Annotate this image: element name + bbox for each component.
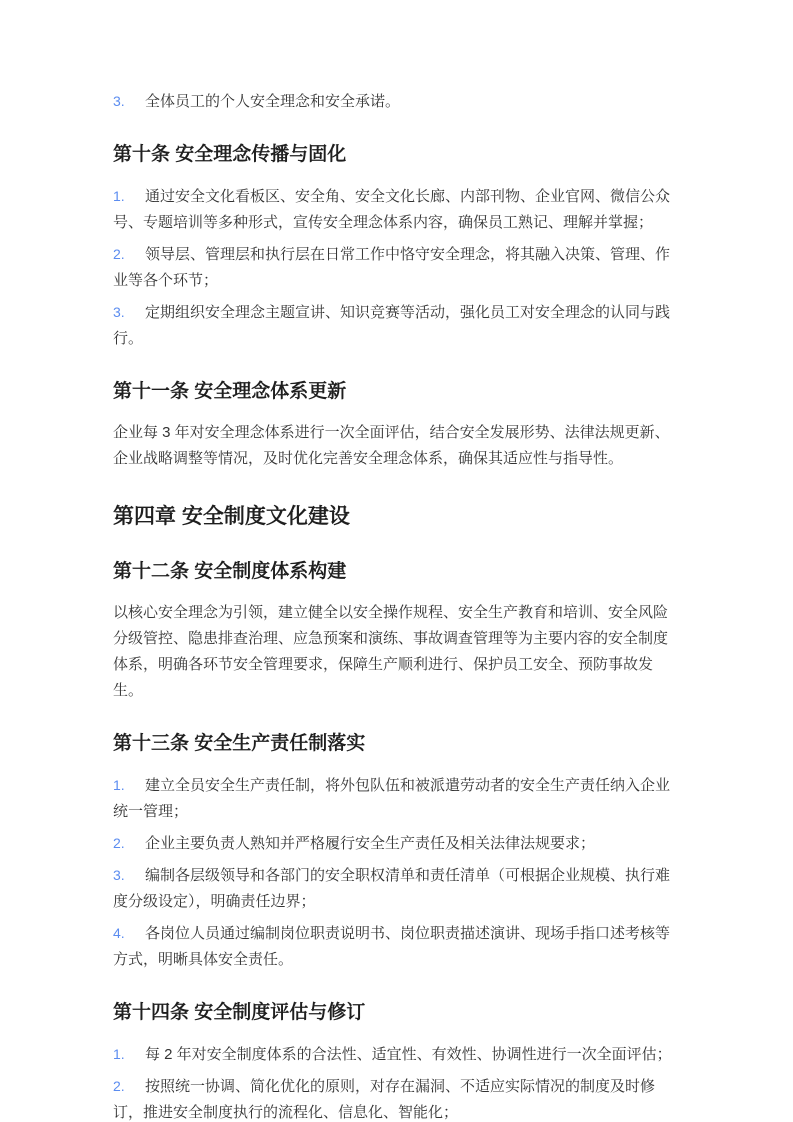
list-item-number: 4. xyxy=(113,920,145,946)
list-item-text: 企业主要负责人熟知并严格履行安全生产责任及相关法律法规要求； xyxy=(145,835,595,852)
paragraph: 以核心安全理念为引领，建立健全以安全操作规程、安全生产教育和培训、安全风险分级管… xyxy=(113,600,675,704)
chapter-heading: 第四章 安全制度文化建设 xyxy=(113,502,675,532)
list-item: 3.全体员工的个人安全理念和安全承诺。 xyxy=(113,88,675,115)
list-item-number: 3. xyxy=(113,88,145,114)
ordered-list: 1.建立全员安全生产责任制，将外包队伍和被派遣劳动者的安全生产责任纳入企业统一管… xyxy=(113,772,675,973)
list-item: 2.领导层、管理层和执行层在日常工作中恪守安全理念，将其融入决策、管理、作业等各… xyxy=(113,241,675,294)
list-item-number: 1. xyxy=(113,772,145,798)
list-item-text: 编制各层级领导和各部门的安全职权清单和责任清单（可根据企业规模、执行难度分级设定… xyxy=(113,867,670,910)
article-heading: 第十四条 安全制度评估与修订 xyxy=(113,999,675,1026)
list-item-text: 建立全员安全生产责任制，将外包队伍和被派遣劳动者的安全生产责任纳入企业统一管理； xyxy=(113,777,670,820)
list-item: 2.按照统一协调、简化优化的原则，对存在漏洞、不适应实际情况的制度及时修订，推进… xyxy=(113,1073,675,1122)
list-item-number: 1. xyxy=(113,1041,145,1067)
ordered-list: 3.全体员工的个人安全理念和安全承诺。 xyxy=(113,88,675,115)
list-item-number: 3. xyxy=(113,299,145,325)
list-item: 2.企业主要负责人熟知并严格履行安全生产责任及相关法律法规要求； xyxy=(113,830,675,857)
ordered-list: 1.每 2 年对安全制度体系的合法性、适宜性、有效性、协调性进行一次全面评估；2… xyxy=(113,1041,675,1122)
list-item-number: 2. xyxy=(113,241,145,267)
list-item-text: 全体员工的个人安全理念和安全承诺。 xyxy=(145,93,400,110)
article-heading: 第十条 安全理念传播与固化 xyxy=(113,141,675,168)
list-item: 1.每 2 年对安全制度体系的合法性、适宜性、有效性、协调性进行一次全面评估； xyxy=(113,1041,675,1068)
list-item: 3.编制各层级领导和各部门的安全职权清单和责任清单（可根据企业规模、执行难度分级… xyxy=(113,862,675,915)
list-item-number: 3. xyxy=(113,862,145,888)
list-item-text: 按照统一协调、简化优化的原则，对存在漏洞、不适应实际情况的制度及时修订，推进安全… xyxy=(113,1078,655,1121)
list-item: 1.建立全员安全生产责任制，将外包队伍和被派遣劳动者的安全生产责任纳入企业统一管… xyxy=(113,772,675,825)
ordered-list: 1.通过安全文化看板区、安全角、安全文化长廊、内部刊物、企业官网、微信公众号、专… xyxy=(113,183,675,352)
list-item-text: 各岗位人员通过编制岗位职责说明书、岗位职责描述演讲、现场手指口述考核等方式，明晰… xyxy=(113,925,670,968)
list-item-text: 定期组织安全理念主题宣讲、知识竞赛等活动，强化员工对安全理念的认同与践行。 xyxy=(113,304,670,347)
document-content: 3.全体员工的个人安全理念和安全承诺。第十条 安全理念传播与固化1.通过安全文化… xyxy=(113,88,675,1122)
article-heading: 第十二条 安全制度体系构建 xyxy=(113,558,675,585)
paragraph: 企业每 3 年对安全理念体系进行一次全面评估，结合安全发展形势、法律法规更新、企… xyxy=(113,420,675,472)
list-item-text: 领导层、管理层和执行层在日常工作中恪守安全理念，将其融入决策、管理、作业等各个环… xyxy=(113,246,670,289)
list-item-text: 通过安全文化看板区、安全角、安全文化长廊、内部刊物、企业官网、微信公众号、专题培… xyxy=(113,188,670,231)
article-heading: 第十一条 安全理念体系更新 xyxy=(113,378,675,405)
article-heading: 第十三条 安全生产责任制落实 xyxy=(113,730,675,757)
document-page: 3.全体员工的个人安全理念和安全承诺。第十条 安全理念传播与固化1.通过安全文化… xyxy=(0,0,793,1122)
list-item: 4.各岗位人员通过编制岗位职责说明书、岗位职责描述演讲、现场手指口述考核等方式，… xyxy=(113,920,675,973)
list-item: 3.定期组织安全理念主题宣讲、知识竞赛等活动，强化员工对安全理念的认同与践行。 xyxy=(113,299,675,352)
list-item: 1.通过安全文化看板区、安全角、安全文化长廊、内部刊物、企业官网、微信公众号、专… xyxy=(113,183,675,236)
list-item-number: 2. xyxy=(113,1073,145,1099)
list-item-number: 2. xyxy=(113,830,145,856)
list-item-text: 每 2 年对安全制度体系的合法性、适宜性、有效性、协调性进行一次全面评估； xyxy=(145,1046,672,1063)
list-item-number: 1. xyxy=(113,183,145,209)
